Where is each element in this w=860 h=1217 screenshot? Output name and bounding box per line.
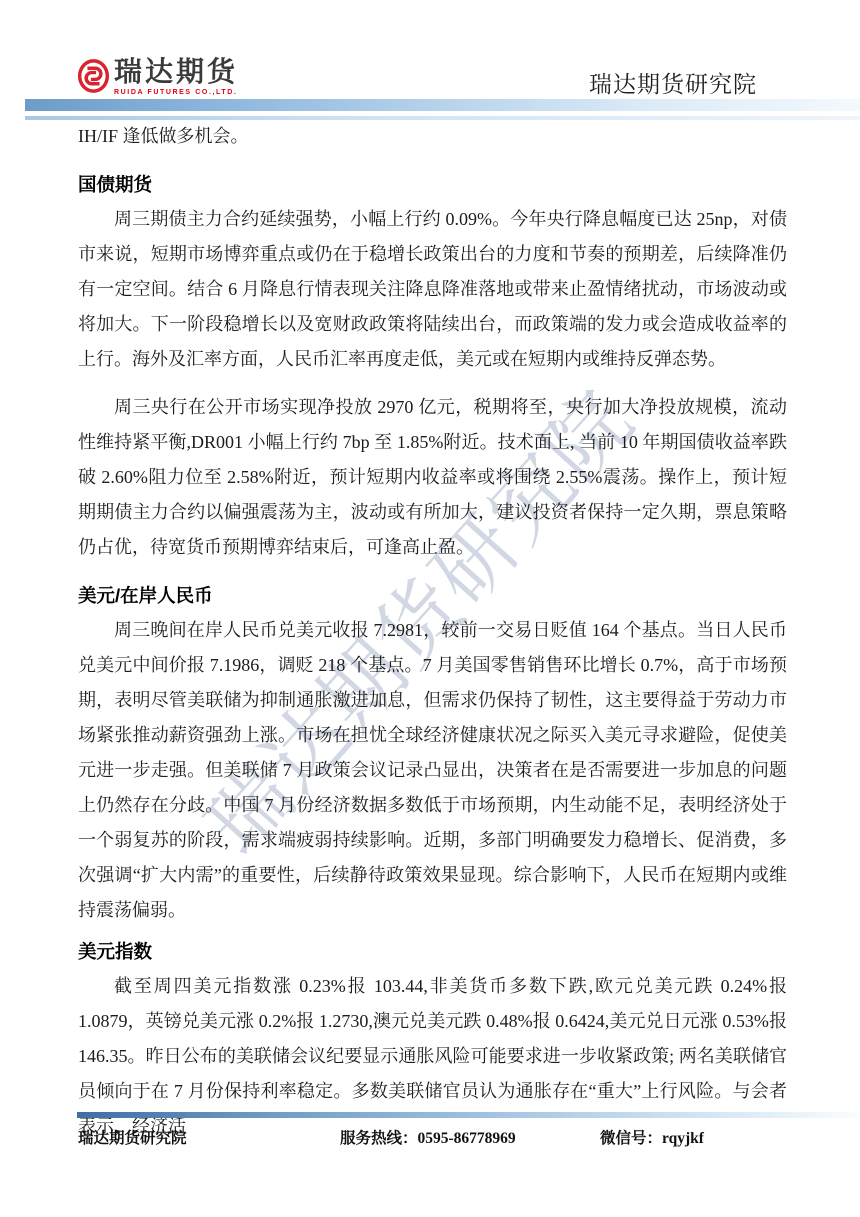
- footer-hotline-number: 0595-86778969: [418, 1130, 516, 1147]
- footer: 瑞达期货研究院 服务热线：0595-86778969 微信号：rqyjkf: [78, 1126, 787, 1148]
- footer-hotline: 服务热线：0595-86778969: [340, 1126, 516, 1148]
- report-body: IH/IF 逢低做多机会。 国债期货 周三期债主力合约延续强势，小幅上行约 0.…: [78, 119, 787, 1144]
- footer-wechat: 微信号：rqyjkf: [600, 1126, 704, 1148]
- report-page: 瑞达期货 RUIDA FUTURES CO.,LTD. 瑞达期货研究院 瑞达期货…: [0, 0, 860, 1217]
- paragraph: 周三期债主力合约延续强势，小幅上行约 0.09%。今年央行降息幅度已达 25np…: [78, 202, 787, 377]
- section-heading-usd-cny: 美元/在岸人民币: [78, 578, 787, 613]
- brand-name-cn: 瑞达期货: [114, 57, 238, 87]
- paragraph: 周三央行在公开市场实现净投放 2970 亿元，税期将至，央行加大净投放规模，流动…: [78, 390, 787, 565]
- header-org-title: 瑞达期货研究院: [589, 66, 757, 99]
- intro-line: IH/IF 逢低做多机会。: [78, 119, 787, 154]
- brand-logo: 瑞达期货 RUIDA FUTURES CO.,LTD.: [76, 57, 238, 96]
- header-rule-main: [25, 99, 860, 111]
- footer-org: 瑞达期货研究院: [78, 1126, 187, 1148]
- brand-logo-text: 瑞达期货 RUIDA FUTURES CO.,LTD.: [114, 57, 238, 96]
- section-heading-treasury-futures: 国债期货: [78, 167, 787, 202]
- paragraph: 周三晚间在岸人民币兑美元收报 7.2981，较前一交易日贬值 164 个基点。当…: [78, 613, 787, 928]
- header-rule-sub: [25, 116, 860, 120]
- footer-wechat-label: 微信号：: [600, 1130, 662, 1147]
- footer-hotline-label: 服务热线：: [340, 1130, 418, 1147]
- footer-wechat-id: rqyjkf: [662, 1130, 704, 1147]
- section-heading-usd-index: 美元指数: [78, 934, 787, 969]
- footer-rule: [77, 1112, 860, 1118]
- ruida-logo-icon: [76, 57, 111, 95]
- brand-name-en: RUIDA FUTURES CO.,LTD.: [114, 89, 238, 96]
